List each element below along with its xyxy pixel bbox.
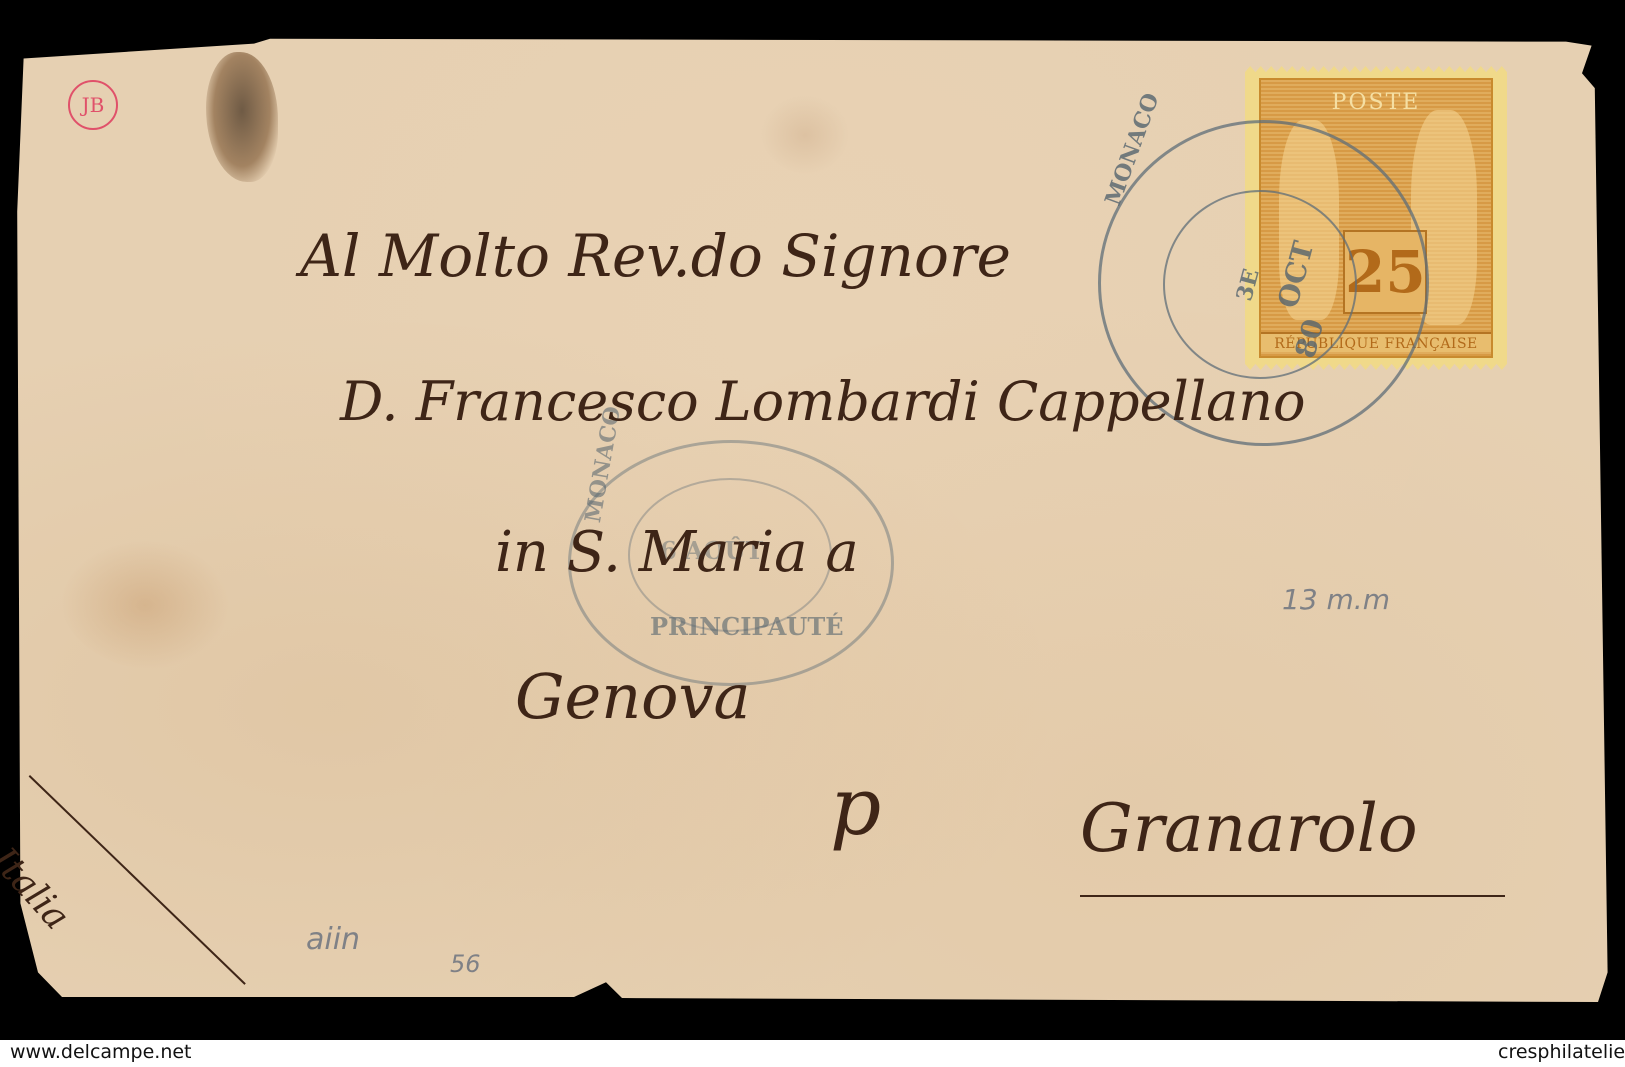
postmark-second-bottom: PRINCIPAUTÉ: [650, 612, 844, 641]
address-via-prefix: p: [830, 760, 881, 853]
pencil-number: 56: [450, 950, 481, 978]
watermark-right: cresphilatelie: [1498, 1041, 1625, 1063]
address-line-2: D. Francesco Lombardi Cappellano: [340, 370, 1306, 433]
pencil-measurement: 13 m.m: [1282, 583, 1390, 616]
collector-seal: JB: [68, 80, 118, 130]
address-line-4: Genova: [515, 660, 750, 733]
address-line-3: in S. Maria a: [495, 520, 859, 585]
pencil-code: aiin: [306, 922, 360, 957]
seal-initials: JB: [82, 93, 105, 117]
underline-granarolo: [1080, 895, 1505, 897]
address-line-1: Al Molto Rev.do Signore: [300, 222, 1011, 290]
address-line-5: Granarolo: [1080, 790, 1418, 867]
watermark-left: www.delcampe.net: [10, 1041, 192, 1063]
